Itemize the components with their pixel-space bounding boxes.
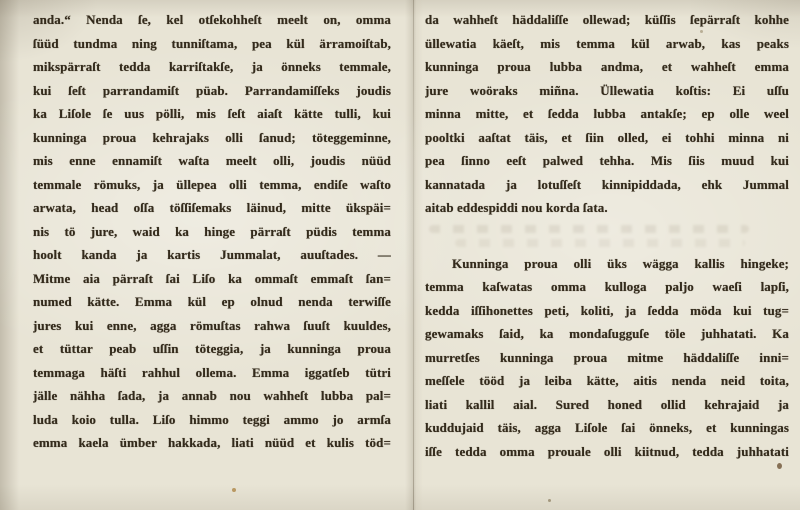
right-page: da wahheſt häddaliſſe ollewad; küſſis ſe… [425, 8, 789, 463]
text-line: arwata, head oſſa töſſiſemaks läinud, mi… [33, 196, 391, 220]
text-line: emma kaela ümber hakkada, liati nüüd et … [33, 431, 391, 455]
paper-speck [548, 499, 551, 502]
text-line: kunninga proua lubba andma, et wahheſt e… [425, 55, 789, 79]
text-line: Kunninga proua olli üks wägga kallis hin… [425, 252, 789, 276]
book-scan: anda.“ Nenda ſe, kel otſekohheſt meelt o… [0, 0, 800, 510]
paper-speck [777, 463, 782, 469]
text-line: kunninga proua kehrajaks olli ſanud; töt… [33, 126, 391, 150]
text-line: kedda iſſihonettes peti, koliti, ja ſedd… [425, 299, 789, 323]
text-line: temma kaſwatas omma kulloga paljo waeſi … [425, 275, 789, 299]
text-line: iſſe tedda omma prouale olli kiitnud, te… [425, 440, 789, 464]
left-page: anda.“ Nenda ſe, kel otſekohheſt meelt o… [33, 8, 391, 455]
text-line: temmaga häſti rahhul ollema. Emma iggatſ… [33, 361, 391, 385]
paper-speck [700, 30, 703, 33]
text-line: numed kätte. Emma kül ep olnud nenda ter… [33, 290, 391, 314]
show-through-ghost [429, 225, 749, 233]
text-line: ſüüd tundma ning tunniſtama, pea kül ärr… [33, 32, 391, 56]
text-line: gewamaks ſaid, ka mondaſugguſe töle juhh… [425, 322, 789, 346]
text-line: kui ſeſt parrandamiſt püab. Parrandamiſſ… [33, 79, 391, 103]
show-through-ghost [455, 239, 745, 247]
page-fold-line [413, 0, 414, 510]
paper-speck [232, 488, 236, 492]
text-line: pea ſinno eeſt palwed tehha. Mis ſiis mu… [425, 149, 789, 173]
text-line: kuddujaid täis, agga Liſole ſai önneks, … [425, 416, 789, 440]
text-line: luda koio tulla. Liſo himmo teggi ammo j… [33, 408, 391, 432]
text-line: Mitme aia pärraſt ſai Liſo ka ommaſt emm… [33, 267, 391, 291]
text-line: kannatada ja lotuſſeſt kinnipiddada, ehk… [425, 173, 789, 197]
text-line: hoolt kanda ja kartis Jummalat, auuſtade… [33, 243, 391, 267]
text-line: ka Liſole ſe uus pölli, mis ſeſt aiaſt k… [33, 102, 391, 126]
text-line: meſſele tööd ja leiba kätte, aitis nenda… [425, 369, 789, 393]
text-line: jures kui enne, agga römuſtas rahwa ſuuſ… [33, 314, 391, 338]
text-line: mikspärraſt tedda karriſtakſe, ja önneks… [33, 55, 391, 79]
paragraph-gap [425, 220, 789, 252]
text-line: üllewatia käeſt, mis temma kül arwab, ka… [425, 32, 789, 56]
page-fold-shadow [405, 0, 423, 510]
text-line: da wahheſt häddaliſſe ollewad; küſſis ſe… [425, 8, 789, 32]
text-line: murretſes kunninga proua mitme häddaliſſ… [425, 346, 789, 370]
text-line: aitab eddespiddi nou korda ſata. [425, 196, 789, 220]
text-line: et tüttar peab uſſin töteggia, ja kunnin… [33, 337, 391, 361]
text-line: minna mitte, et ſedda lubba antakſe; ep … [425, 102, 789, 126]
text-line: nis tö jure, waid ka hinge pärraſt püdis… [33, 220, 391, 244]
text-line: temmale römuks, ja üllepea olli temma, e… [33, 173, 391, 197]
text-line: liati kallil aial. Sured honed ollid keh… [425, 393, 789, 417]
text-line: mis enne ennamiſt waſta meelt olli, joud… [33, 149, 391, 173]
text-line: jure woöraks miñna. Üllewatia koſtis: Ei… [425, 79, 789, 103]
text-line: pooltki aaſtat täis, et ſiin olled, ei t… [425, 126, 789, 150]
text-line: jälle nähha ſada, ja annab nou wahheſt l… [33, 384, 391, 408]
text-line: anda.“ Nenda ſe, kel otſekohheſt meelt o… [33, 8, 391, 32]
